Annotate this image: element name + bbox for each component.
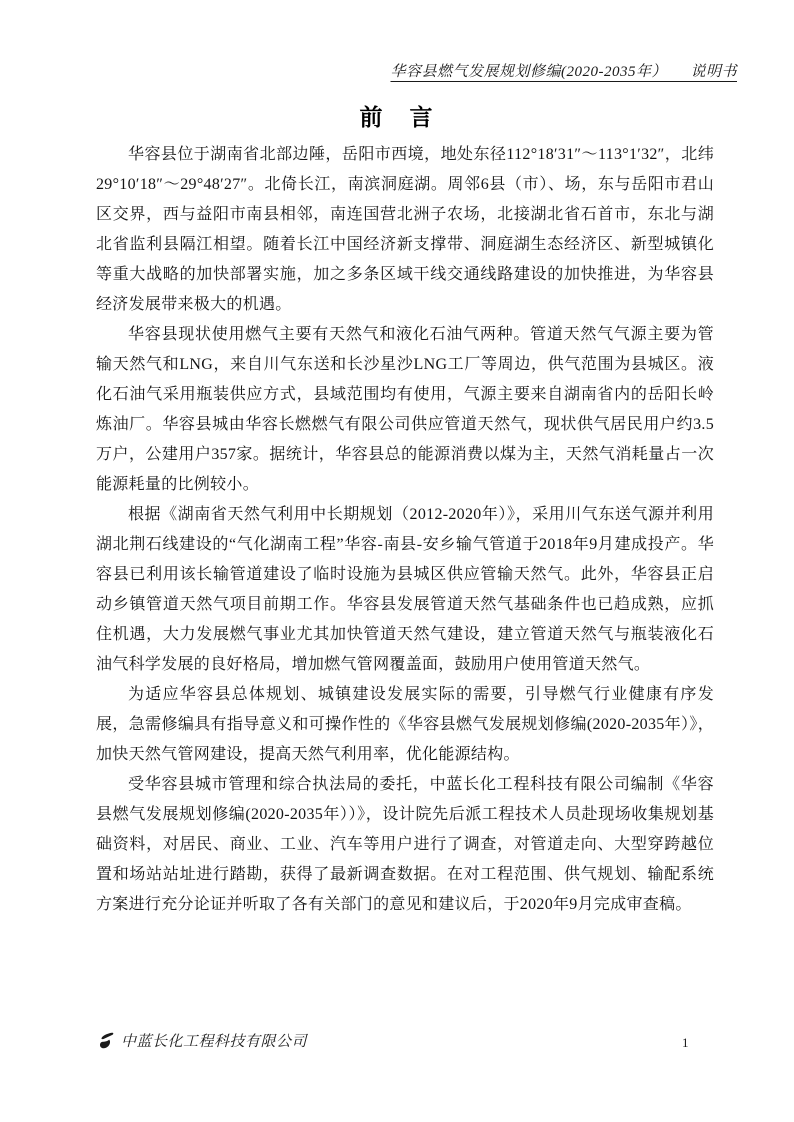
company-logo-icon [96,1032,115,1052]
paragraph-commission-and-process: 受华容县城市管理和综合执法局的委托，中蓝长化工程科技有限公司编制《华容县燃气发展… [96,770,714,920]
page-number: 1 [682,1029,689,1057]
paragraph-intro-location: 华容县位于湖南省北部边陲，岳阳市西境，地处东径112°18′31″～113°1′… [96,140,714,320]
document-body: 华容县位于湖南省北部边陲，岳阳市西境，地处东径112°18′31″～113°1′… [96,140,714,920]
paragraph-plan-necessity: 为适应华容县总体规划、城镇建设发展实际的需要，引导燃气行业健康有序发展，急需修编… [96,680,714,770]
page-footer: 中蓝长化工程科技有限公司 1 [96,1028,794,1056]
footer-company-name: 中蓝长化工程科技有限公司 [121,1028,307,1056]
footer-brand: 中蓝长化工程科技有限公司 [96,1028,307,1056]
paragraph-pipeline-development: 根据《湖南省天然气利用中长期规划（2012-2020年）》，采用川气东送气源并利… [96,500,714,680]
header-title: 华容县燃气发展规划修编(2020-2035年） 说明书 [391,64,738,80]
page-title: 前 言 [0,101,794,133]
paragraph-current-gas-usage: 华容县现状使用燃气主要有天然气和液化石油气两种。管道天然气气源主要为管输天然气和… [96,320,714,500]
document-page: 华容县燃气发展规划修编(2020-2035年） 说明书 前 言 华容县位于湖南省… [0,0,794,1122]
page-header: 华容县燃气发展规划修编(2020-2035年） 说明书 [96,60,737,84]
